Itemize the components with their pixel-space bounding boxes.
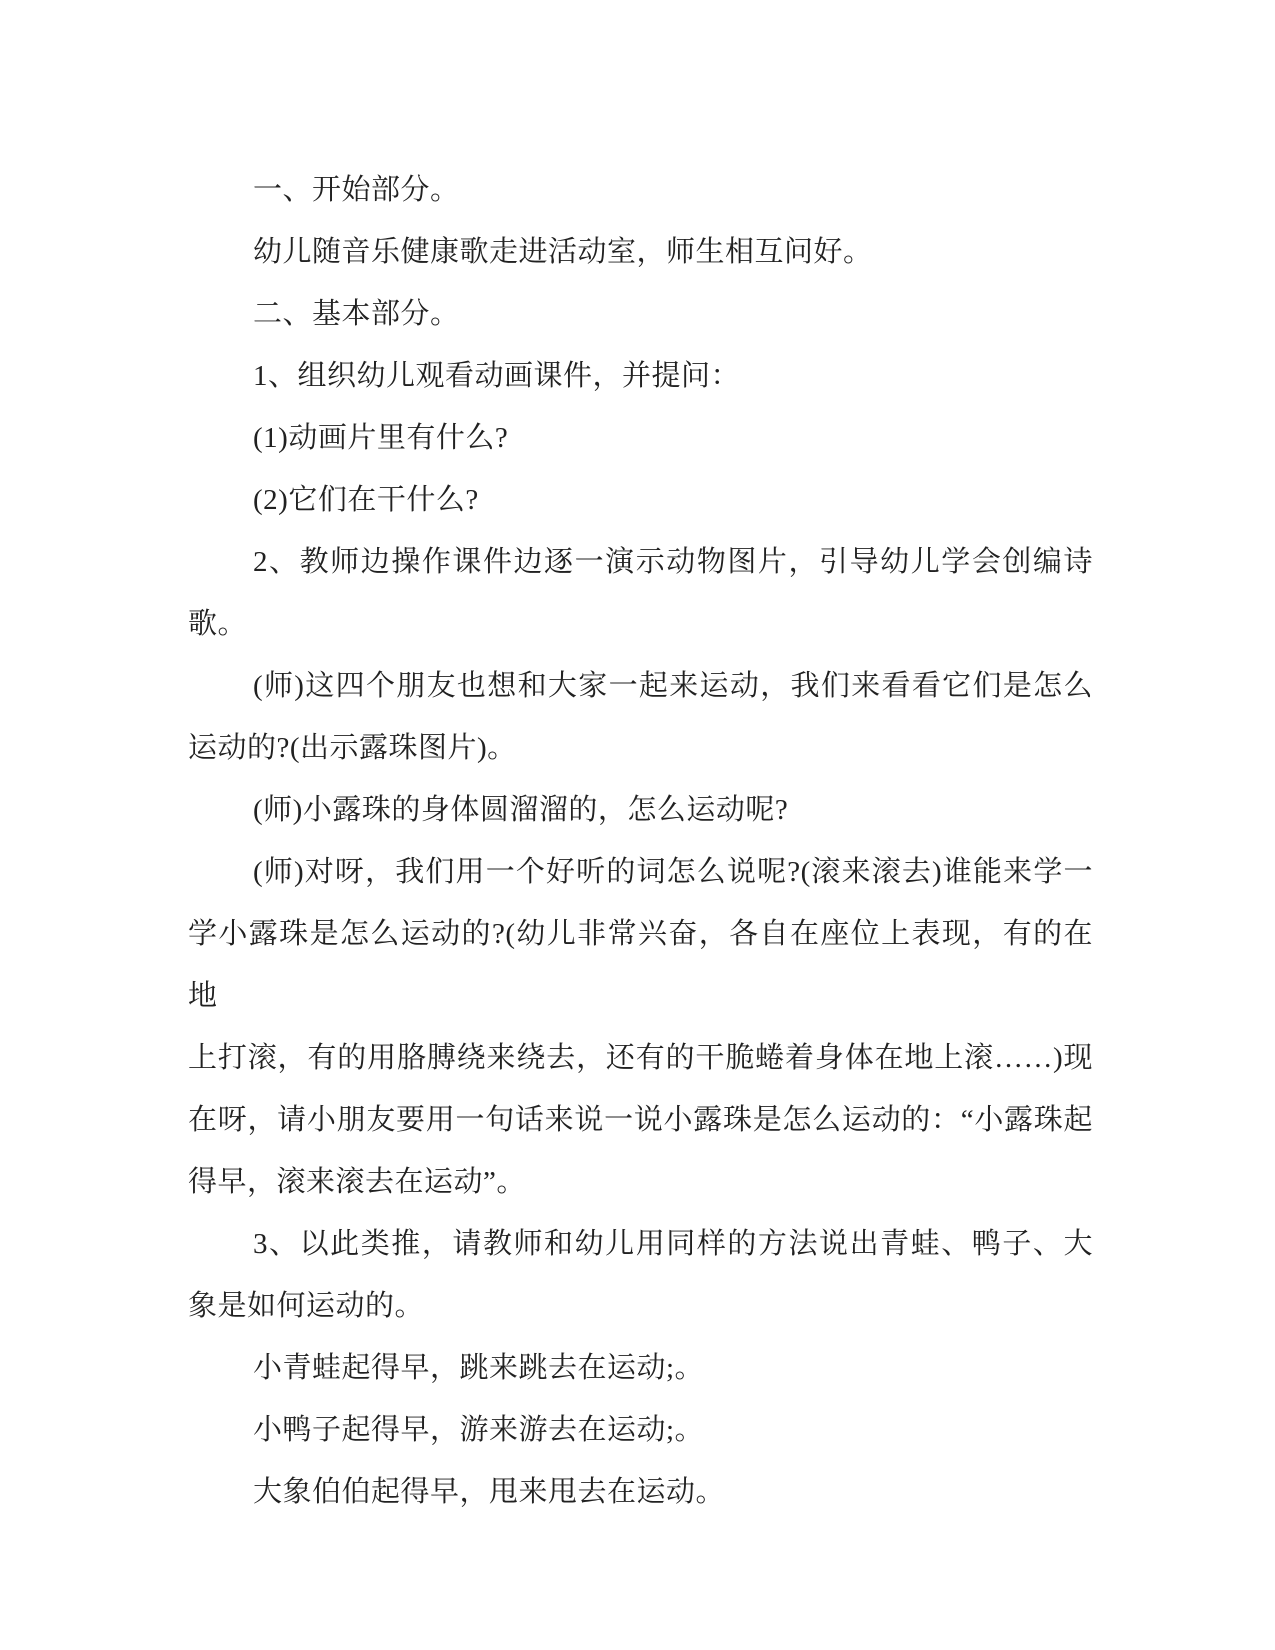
text-line: 一、开始部分。 [188, 159, 1093, 221]
text-line: (1)动画片里有什么? [188, 407, 1093, 469]
paragraph: 一、开始部分。 [188, 159, 1093, 221]
paragraph: (师)小露珠的身体圆溜溜的，怎么运动呢? [188, 779, 1093, 841]
text-line: (师)这四个朋友也想和大家一起来运动，我们来看看它们是怎么 [188, 655, 1093, 717]
text-line: 二、基本部分。 [188, 283, 1093, 345]
paragraph: (2)它们在干什么? [188, 469, 1093, 531]
text-line: 上打滚，有的用胳膊绕来绕去，还有的干脆蜷着身体在地上滚……)现 [188, 1027, 1093, 1089]
text-line: 学小露珠是怎么运动的?(幼儿非常兴奋，各自在座位上表现，有的在地 [188, 903, 1093, 1027]
text-line: (2)它们在干什么? [188, 469, 1093, 531]
paragraph: (1)动画片里有什么? [188, 407, 1093, 469]
text-line: 幼儿随音乐健康歌走进活动室，师生相互问好。 [188, 221, 1093, 283]
text-line: (师)对呀，我们用一个好听的词怎么说呢?(滚来滚去)谁能来学一 [188, 841, 1093, 903]
text-line: 小鸭子起得早，游来游去在运动;。 [188, 1399, 1093, 1461]
paragraph: 大象伯伯起得早，甩来甩去在运动。 [188, 1461, 1093, 1523]
paragraph: 2、教师边操作课件边逐一演示动物图片，引导幼儿学会创编诗歌。 [188, 531, 1093, 655]
text-line: (师)小露珠的身体圆溜溜的，怎么运动呢? [188, 779, 1093, 841]
text-line: 象是如何运动的。 [188, 1275, 1093, 1337]
paragraph: 小青蛙起得早，跳来跳去在运动;。 [188, 1337, 1093, 1399]
document-body: 一、开始部分。幼儿随音乐健康歌走进活动室，师生相互问好。二、基本部分。1、组织幼… [188, 159, 1093, 1523]
paragraph: 1、组织幼儿观看动画课件，并提问： [188, 345, 1093, 407]
text-line: 3、以此类推，请教师和幼儿用同样的方法说出青蛙、鸭子、大 [188, 1213, 1093, 1275]
text-line: 运动的?(出示露珠图片)。 [188, 717, 1093, 779]
paragraph: (师)这四个朋友也想和大家一起来运动，我们来看看它们是怎么运动的?(出示露珠图片… [188, 655, 1093, 779]
text-line: 大象伯伯起得早，甩来甩去在运动。 [188, 1461, 1093, 1523]
text-line: 在呀，请小朋友要用一句话来说一说小露珠是怎么运动的：“小露珠起 [188, 1089, 1093, 1151]
paragraph: 小鸭子起得早，游来游去在运动;。 [188, 1399, 1093, 1461]
paragraph: 二、基本部分。 [188, 283, 1093, 345]
text-line: 歌。 [188, 593, 1093, 655]
text-line: 2、教师边操作课件边逐一演示动物图片，引导幼儿学会创编诗 [188, 531, 1093, 593]
text-line: 1、组织幼儿观看动画课件，并提问： [188, 345, 1093, 407]
paragraph: 3、以此类推，请教师和幼儿用同样的方法说出青蛙、鸭子、大象是如何运动的。 [188, 1213, 1093, 1337]
paragraph: (师)对呀，我们用一个好听的词怎么说呢?(滚来滚去)谁能来学一学小露珠是怎么运动… [188, 841, 1093, 1213]
text-line: 小青蛙起得早，跳来跳去在运动;。 [188, 1337, 1093, 1399]
paragraph: 幼儿随音乐健康歌走进活动室，师生相互问好。 [188, 221, 1093, 283]
document-page: 一、开始部分。幼儿随音乐健康歌走进活动室，师生相互问好。二、基本部分。1、组织幼… [0, 0, 1275, 1650]
text-line: 得早，滚来滚去在运动”。 [188, 1151, 1093, 1213]
